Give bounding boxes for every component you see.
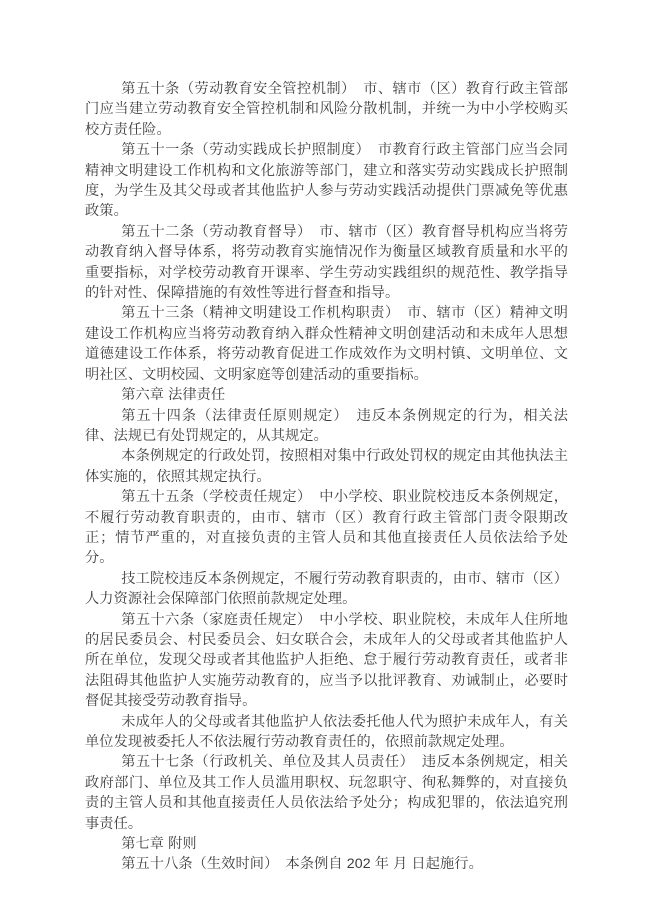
chapter-heading: 第六章 法律责任 bbox=[85, 385, 568, 405]
paragraph: 技工院校违反本条例规定，不履行劳动教育职责的，由市、辖市（区）人力资源社会保障部… bbox=[85, 569, 568, 610]
paragraph: 第五十条（劳动教育安全管控机制） 市、辖市（区）教育行政主管部门应当建立劳动教育… bbox=[85, 79, 568, 140]
document-body: 第五十条（劳动教育安全管控机制） 市、辖市（区）教育行政主管部门应当建立劳动教育… bbox=[85, 79, 568, 875]
paragraph: 第五十五条（学校责任规定） 中小学校、职业院校违反本条例规定，不履行劳动教育职责… bbox=[85, 487, 568, 569]
paragraph: 第五十一条（劳动实践成长护照制度） 市教育行政主管部门应当会同精神文明建设工作机… bbox=[85, 140, 568, 222]
paragraph: 第五十二条（劳动教育督导） 市、辖市（区）教育督导机构应当将劳动教育纳入督导体系… bbox=[85, 222, 568, 304]
document-page: 第五十条（劳动教育安全管控机制） 市、辖市（区）教育行政主管部门应当建立劳动教育… bbox=[0, 0, 650, 919]
paragraph: 未成年人的父母或者其他监护人依法委托他人代为照护未成年人，有关单位发现被委托人不… bbox=[85, 712, 568, 753]
chapter-heading: 第七章 附则 bbox=[85, 834, 568, 854]
paragraph: 第五十六条（家庭责任规定） 中小学校、职业院校，未成年人住所地的居民委员会、村民… bbox=[85, 610, 568, 712]
paragraph: 第五十三条（精神文明建设工作机构职责） 市、辖市（区）精神文明建设工作机构应当将… bbox=[85, 303, 568, 385]
paragraph: 第五十七条（行政机关、单位及其人员责任） 违反本条例规定，相关政府部门、单位及其… bbox=[85, 752, 568, 834]
paragraph: 第五十四条（法律责任原则规定） 违反本条例规定的行为，相关法律、法规已有处罚规定… bbox=[85, 406, 568, 447]
paragraph: 本条例规定的行政处罚，按照相对集中行政处罚权的规定由其他执法主体实施的，依照其规… bbox=[85, 446, 568, 487]
paragraph: 第五十八条（生效时间） 本条例自 202 年 月 日起施行。 bbox=[85, 854, 568, 874]
